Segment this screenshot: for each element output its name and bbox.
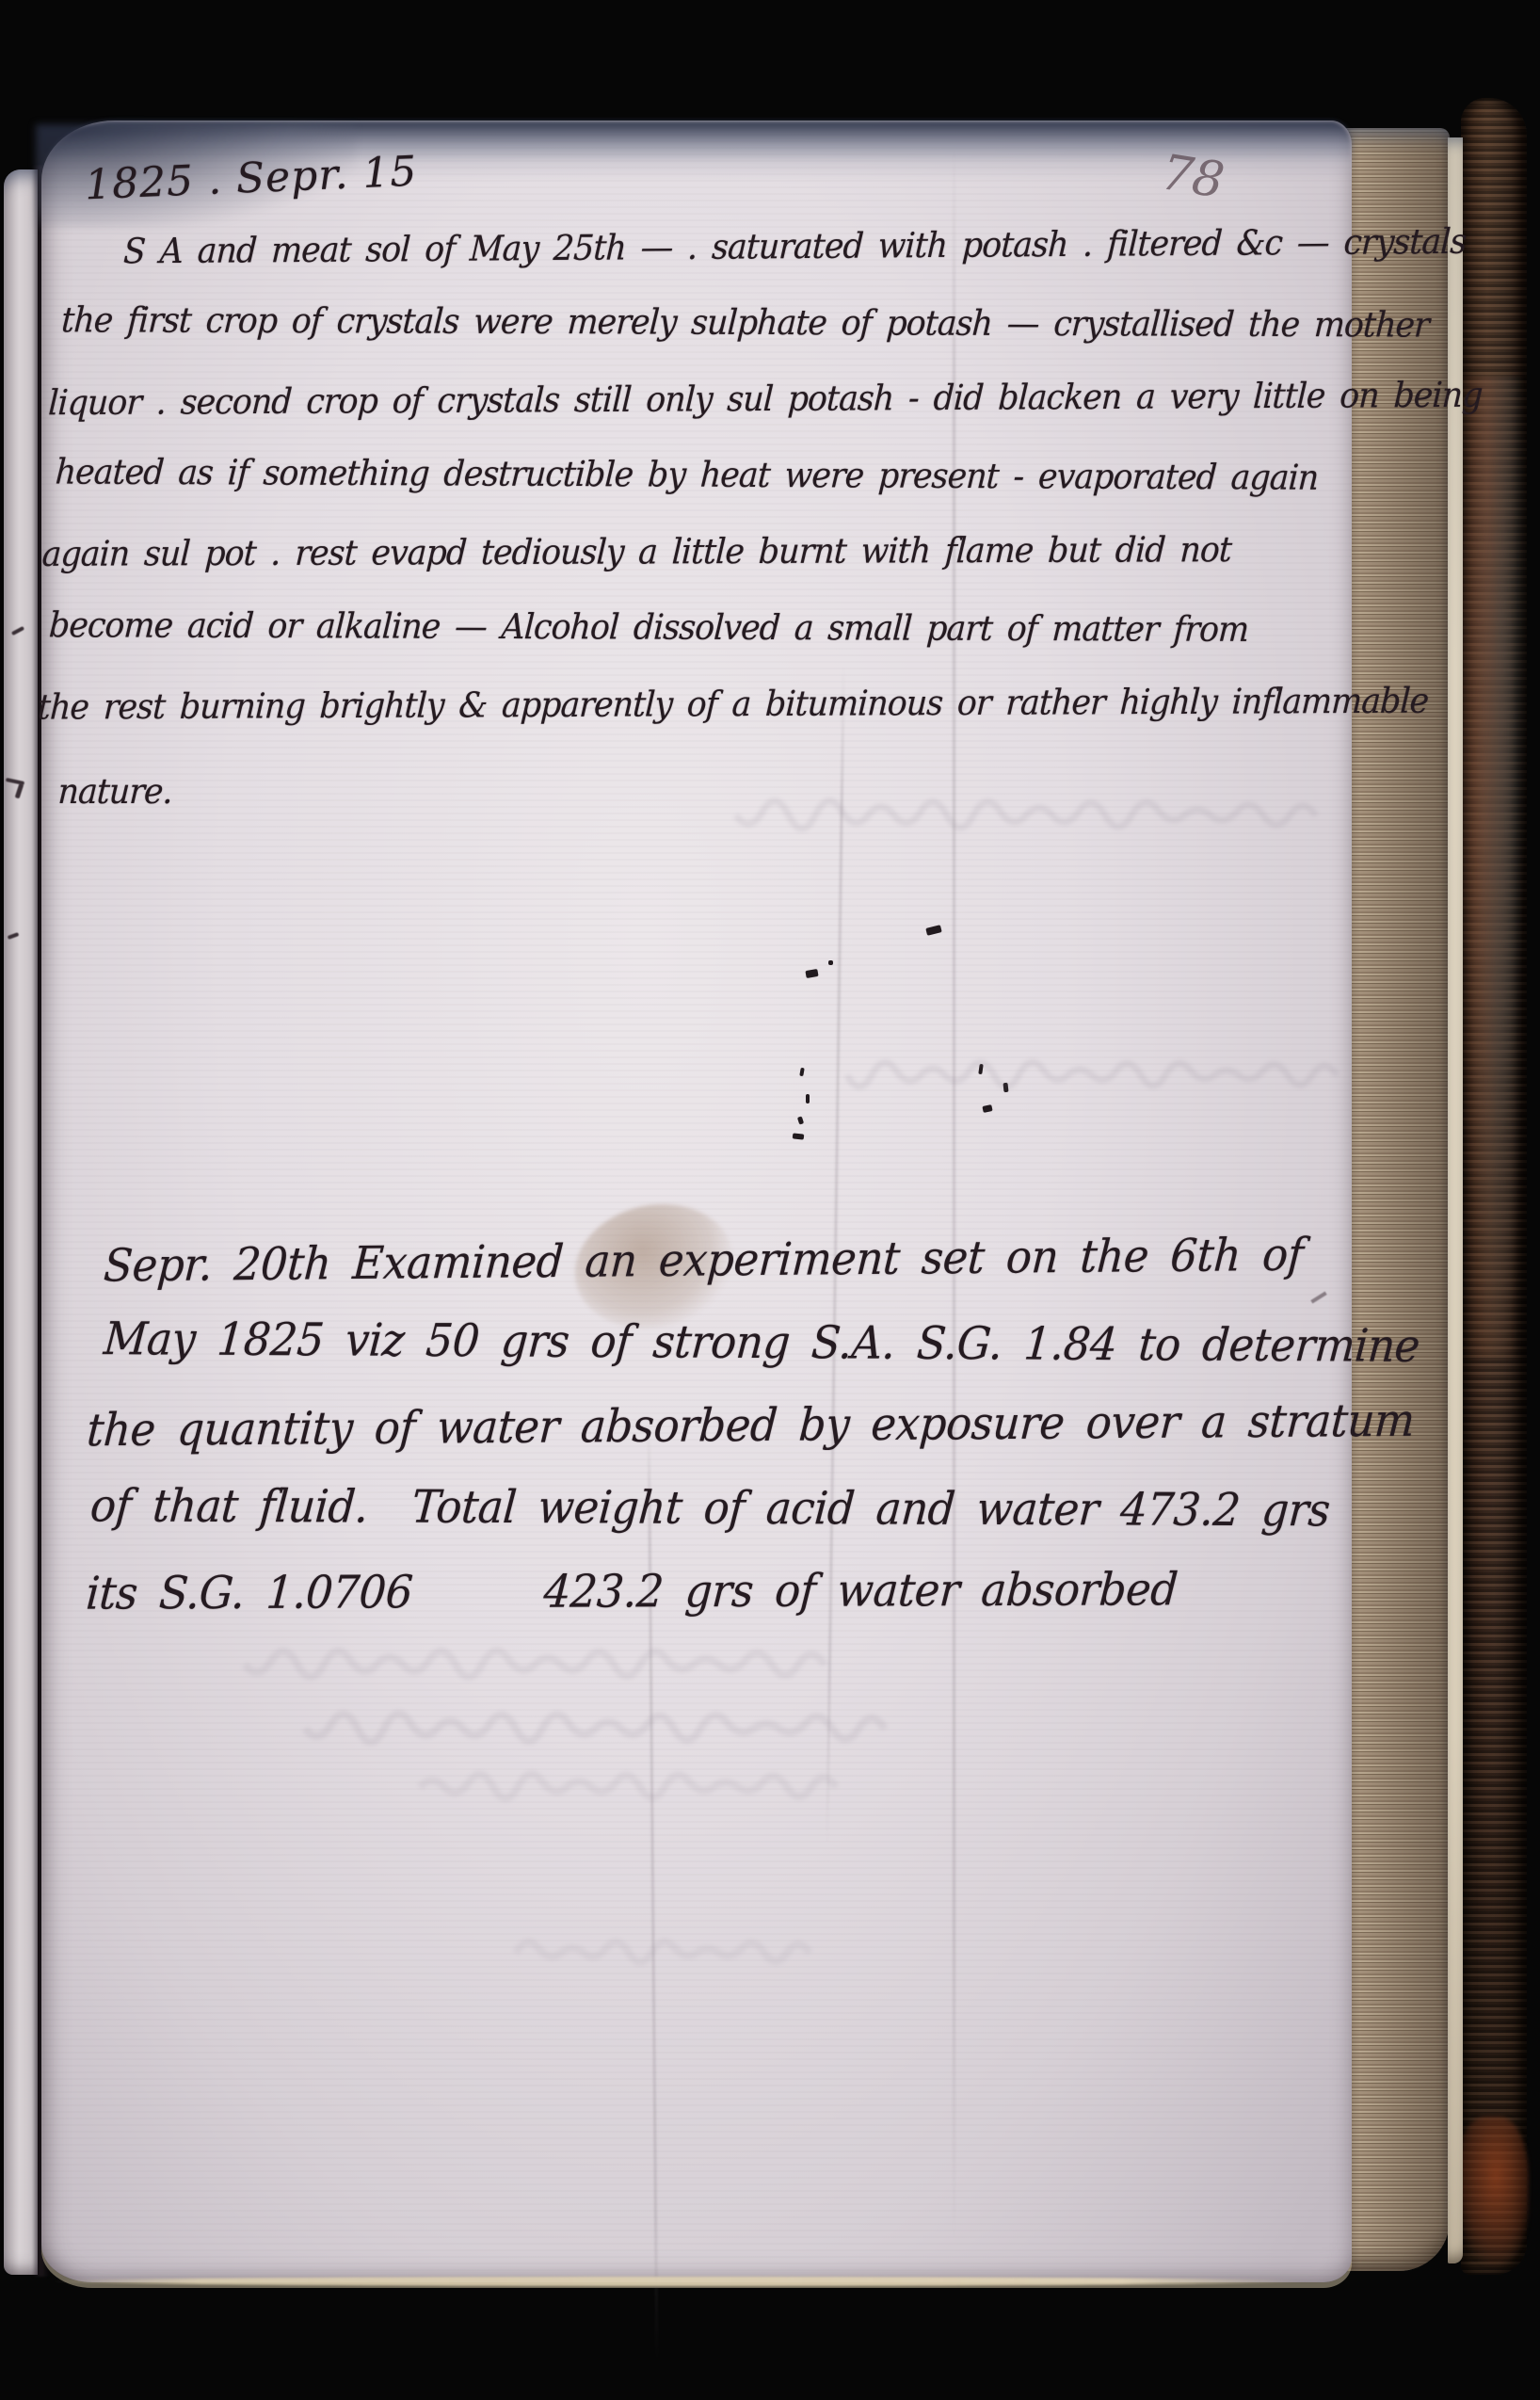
ink-speck	[797, 1116, 804, 1124]
ink-speck	[982, 1104, 992, 1113]
verso-show-through	[277, 1700, 889, 1746]
verso-show-through	[388, 1761, 840, 1804]
verso-show-through	[813, 1049, 1340, 1092]
facing-page-ink-mark	[15, 783, 24, 799]
facing-page-ink-mark	[11, 626, 24, 636]
ink-speck	[925, 925, 941, 936]
facing-page-ink-mark	[8, 932, 20, 940]
handwritten-line: its S.G. 1.0706 423.2 grs of water absor…	[83, 1549, 1404, 1636]
handwritten-line: liquor . second crop of crystals still o…	[46, 360, 1484, 443]
verso-show-through	[512, 1928, 813, 1968]
handwritten-line: heated as if something destructible by h…	[53, 436, 1480, 519]
page-bottom-edge	[51, 2277, 1308, 2286]
page-number: 78	[1158, 144, 1228, 210]
handwritten-line: Sepr. 20th Examined an experiment set on…	[101, 1214, 1428, 1309]
notebook-page: 1825 . Sepr. 15 78 S A and meat sol of M…	[41, 121, 1352, 2282]
cover-rust-blotch	[1455, 2117, 1529, 2265]
handwritten-line: S A and meat sol of May 25th — . saturat…	[121, 206, 1492, 293]
photograph-of-notebook: 1825 . Sepr. 15 78 S A and meat sol of M…	[0, 0, 1540, 2400]
entry-sept-15: S A and meat sol of May 25th — . saturat…	[25, 211, 1491, 832]
ink-speck	[806, 1094, 810, 1103]
handwritten-line: of that fluid. Total weight of acid and …	[88, 1466, 1411, 1554]
handwritten-line: again sul pot . rest evapd tediously a l…	[40, 513, 1476, 595]
ink-speck	[793, 1133, 805, 1139]
handwritten-line: become acid or alkaline — Alcohol dissol…	[47, 589, 1472, 671]
ink-speck	[805, 969, 818, 978]
handwritten-line: May 1825 viz 50 grs of strong S.A. S.G. …	[101, 1299, 1422, 1390]
ink-speck	[828, 960, 833, 965]
entry-sept-20: Sepr. 20th Examined an experiment set on…	[72, 1220, 1428, 1635]
handwritten-line: the quantity of water absorbed by exposu…	[84, 1381, 1417, 1474]
verso-show-through	[700, 791, 1322, 832]
verso-show-through	[226, 1638, 828, 1682]
handwritten-line: the rest burning brightly & apparently o…	[36, 665, 1468, 748]
handwritten-line: the first crop of crystals were merely s…	[59, 284, 1488, 366]
ink-speck	[799, 1068, 805, 1077]
